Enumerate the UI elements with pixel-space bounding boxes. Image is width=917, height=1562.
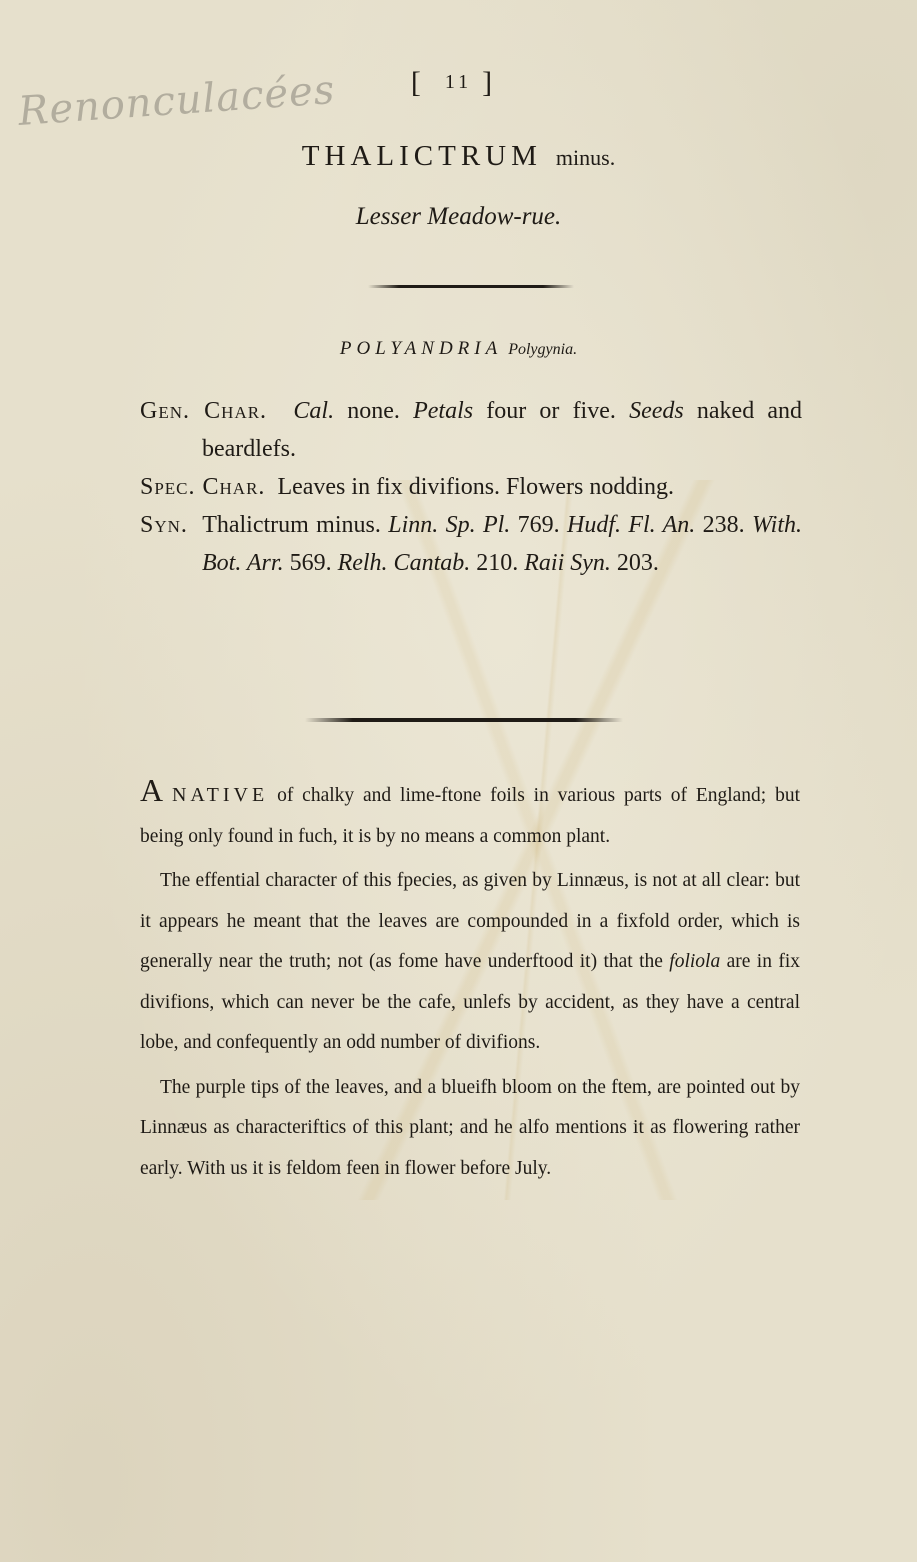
linnaean-classification: POLYANDRIAPolygynia. [0, 338, 917, 360]
divider-top [368, 285, 574, 288]
text: Thalictrum minus. [202, 512, 388, 538]
bracket-close: ] [482, 66, 506, 99]
text-italic: Seeds [629, 398, 684, 424]
bracket-open: [ [411, 66, 435, 99]
divider-middle [305, 718, 623, 722]
text: 210. [470, 550, 524, 576]
specific-character: Spec. Char. Leaves in fix divifions. Flo… [140, 468, 802, 506]
text: 203. [611, 550, 659, 576]
text: none. [334, 398, 413, 424]
common-name: Lesser Meadow-rue. [0, 203, 917, 231]
text: 238. [695, 512, 752, 538]
synonyms: Syn. Thalictrum minus. Linn. Sp. Pl. 769… [140, 506, 802, 582]
text-italic: Cal. [293, 398, 334, 424]
text-italic: Petals [413, 398, 473, 424]
genus-name: THALICTRUM [302, 140, 542, 172]
description-body: A NATIVE of chalky and lime-ftone foils … [140, 770, 800, 1193]
paragraph-3: The purple tips of the leaves, and a blu… [140, 1068, 800, 1190]
text: 569. [284, 550, 338, 576]
page-number-value: 11 [445, 71, 472, 93]
order-name: Polygynia. [508, 341, 577, 358]
entry-label: Spec. Char. [140, 474, 265, 500]
italic-term: foliola [669, 951, 720, 972]
page-number: [11] [0, 66, 917, 100]
text: Leaves in fix divifions. Flowers nodding… [277, 474, 674, 500]
text-italic: Relh. Cantab. [338, 550, 471, 576]
paragraph-text: The purple tips of the leaves, and a blu… [140, 1077, 800, 1179]
text-italic: Raii Syn. [524, 550, 611, 576]
entry-label: Gen. Char. [140, 398, 267, 424]
characters-block: Gen. Char. Cal. none. Petals four or fiv… [140, 392, 802, 582]
drop-cap: A [140, 772, 163, 808]
text: four or five. [473, 398, 629, 424]
generic-character: Gen. Char. Cal. none. Petals four or fiv… [140, 392, 802, 468]
class-name: POLYANDRIA [340, 338, 502, 359]
species-title: THALICTRUMminus. [0, 140, 917, 173]
entry-label: Syn. [140, 512, 188, 538]
text-italic: Linn. Sp. Pl. [388, 512, 510, 538]
text: 769. [510, 512, 567, 538]
smallcaps-lead: NATIVE [172, 784, 268, 806]
species-name: minus. [556, 145, 615, 170]
paragraph-1: A NATIVE of chalky and lime-ftone foils … [140, 770, 800, 857]
paragraph-2: The effential character of this fpecies,… [140, 861, 800, 1064]
text-italic: Hudf. Fl. An. [567, 512, 695, 538]
